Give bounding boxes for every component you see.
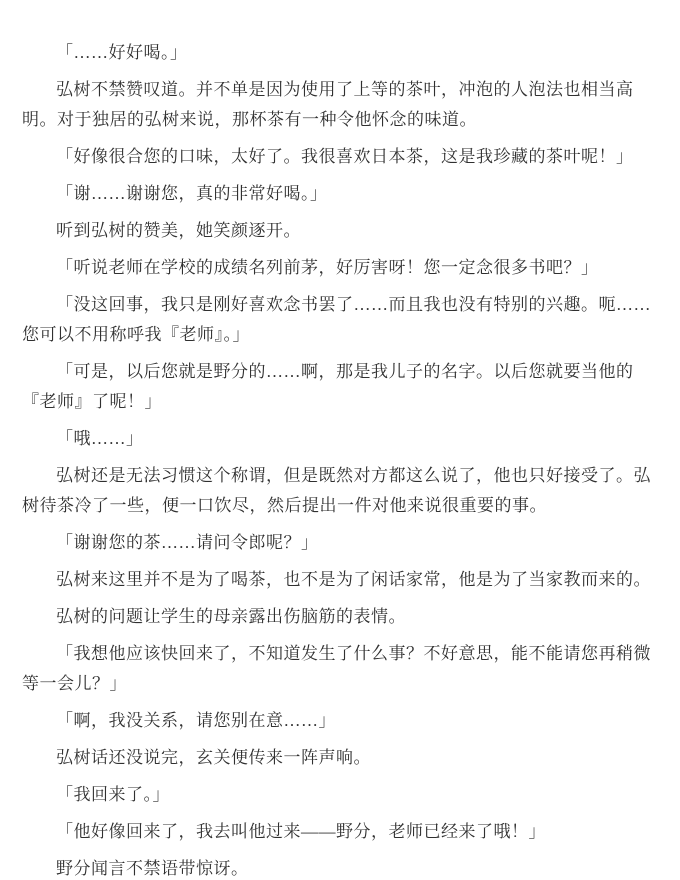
paragraph: 弘树还是无法习惯这个称谓，但是既然对方都这么说了，他也只好接受了。弘树待茶冷了一… bbox=[22, 461, 662, 521]
paragraph: 「我回来了。」 bbox=[22, 780, 662, 810]
paragraph: 「谢……谢谢您，真的非常好喝。」 bbox=[22, 179, 662, 209]
paragraph: 「谢谢您的茶……请问令郎呢？」 bbox=[22, 528, 662, 558]
paragraph: 弘树来这里并不是为了喝茶，也不是为了闲话家常，他是为了当家教而来的。 bbox=[22, 565, 662, 595]
paragraph: 「哦……」 bbox=[22, 424, 662, 454]
paragraph: 弘树的问题让学生的母亲露出伤脑筋的表情。 bbox=[22, 602, 662, 632]
paragraph: 「我想他应该快回来了，不知道发生了什么事？不好意思，能不能请您再稍微等一会儿？」 bbox=[22, 639, 662, 699]
paragraph: 「……好好喝。」 bbox=[22, 38, 662, 68]
paragraph: 「听说老师在学校的成绩名列前茅，好厉害呀！您一定念很多书吧？」 bbox=[22, 253, 662, 283]
paragraph: 弘树不禁赞叹道。并不单是因为使用了上等的茶叶，冲泡的人泡法也相当高明。对于独居的… bbox=[22, 75, 662, 135]
paragraph: 「可是，以后您就是野分的……啊，那是我儿子的名字。以后您就要当他的『老师』了呢！… bbox=[22, 357, 662, 417]
document-page: 「……好好喝。」弘树不禁赞叹道。并不单是因为使用了上等的茶叶，冲泡的人泡法也相当… bbox=[0, 0, 680, 880]
paragraph: 「啊，我没关系，请您别在意……」 bbox=[22, 706, 662, 736]
paragraph: 「他好像回来了，我去叫他过来——野分，老师已经来了哦！」 bbox=[22, 817, 662, 847]
paragraph: 弘树话还没说完，玄关便传来一阵声响。 bbox=[22, 743, 662, 773]
text-body: 「……好好喝。」弘树不禁赞叹道。并不单是因为使用了上等的茶叶，冲泡的人泡法也相当… bbox=[22, 38, 662, 880]
paragraph: 听到弘树的赞美，她笑颜逐开。 bbox=[22, 216, 662, 246]
paragraph: 「好像很合您的口味，太好了。我很喜欢日本茶，这是我珍藏的茶叶呢！」 bbox=[22, 142, 662, 172]
paragraph: 野分闻言不禁语带惊讶。 bbox=[22, 854, 662, 880]
paragraph: 「没这回事，我只是刚好喜欢念书罢了……而且我也没有特别的兴趣。呃……您可以不用称… bbox=[22, 290, 662, 350]
